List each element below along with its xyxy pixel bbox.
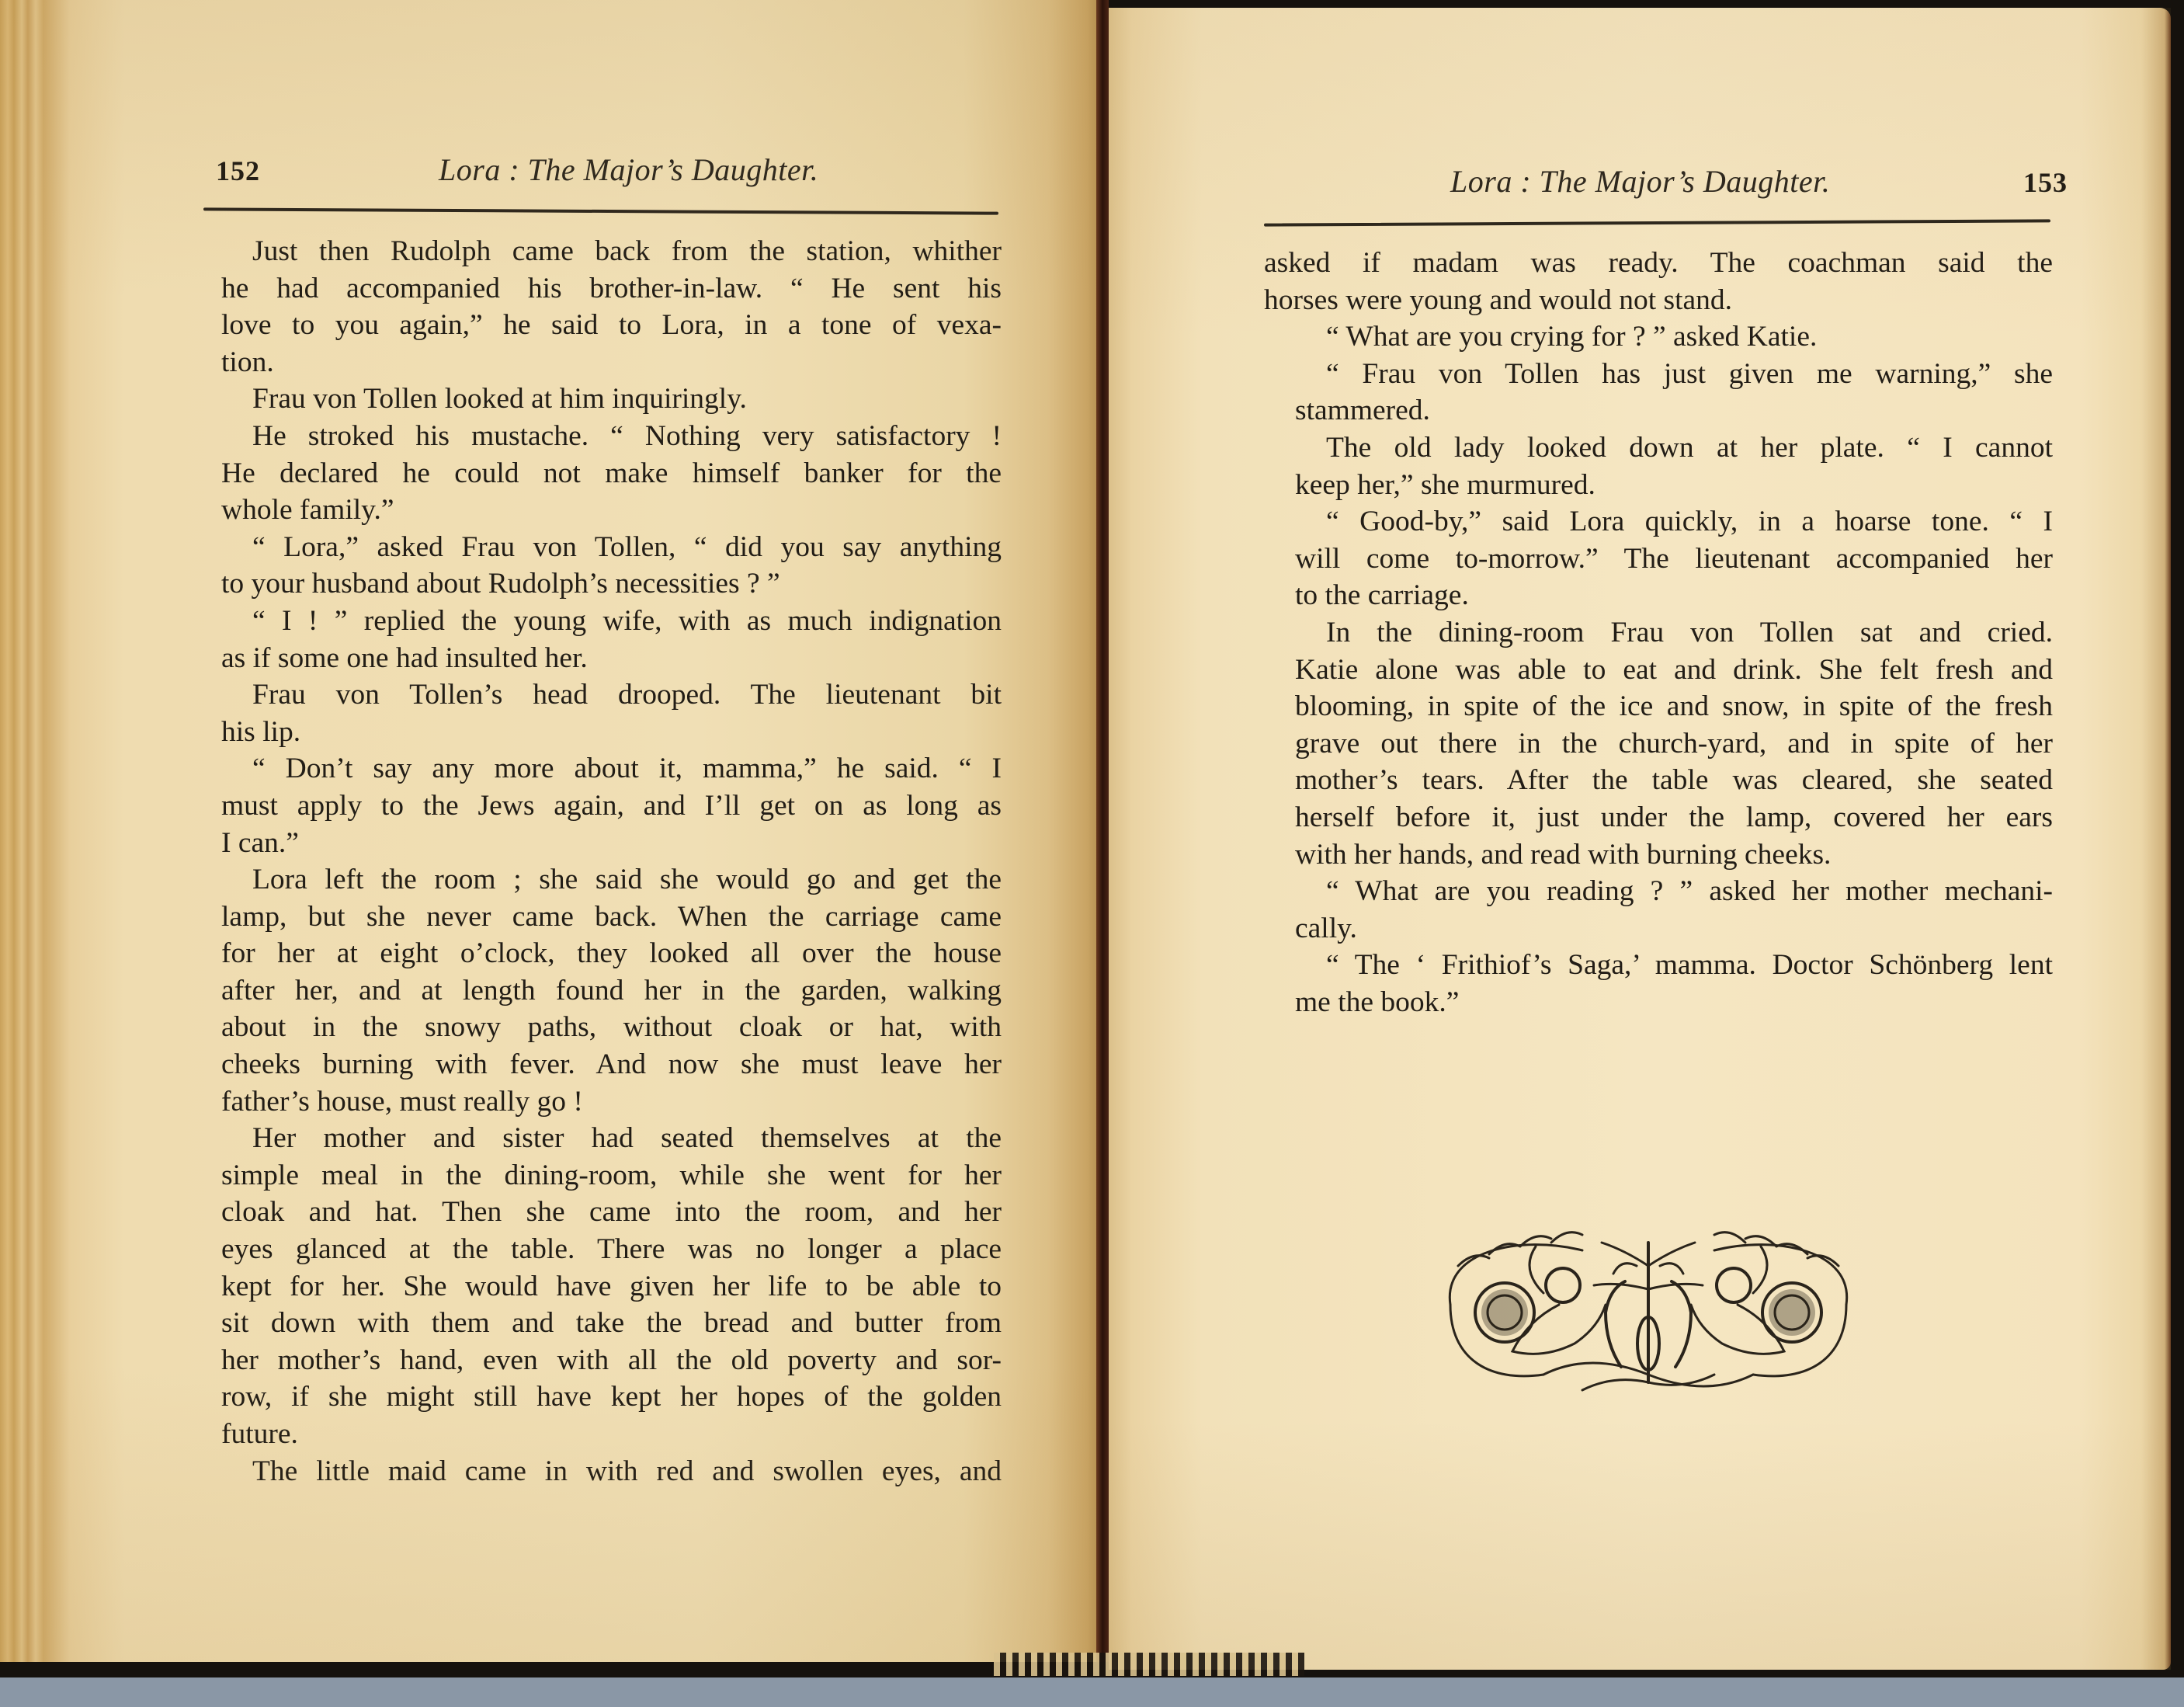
paragraph: The little maid came in with red and swo… — [190, 1453, 1002, 1490]
paragraph: asked if madam was ready. The coachman s… — [1264, 245, 2053, 318]
header-rule — [203, 207, 998, 214]
paragraph: In the dining-room Frau von Tollen sat a… — [1264, 614, 2053, 873]
paragraph: “ Don’t say any more about it, mamma,” h… — [190, 750, 1002, 861]
paragraph: Frau von Tollen’s head drooped. The lieu… — [190, 676, 1002, 750]
ornament-icon — [1427, 1219, 1870, 1406]
body-text-right: asked if madam was ready. The coachman s… — [1264, 245, 2053, 1020]
open-book: 152 Lora : The Major’s Daughter. Just th… — [0, 0, 2184, 1677]
paragraph: Lora left the room ; she said she would … — [190, 861, 1002, 1120]
paragraph: “ What are you crying for ? ” asked Kati… — [1264, 318, 2053, 356]
running-title: Lora : The Major’s Daughter. — [1450, 163, 1830, 200]
paragraph: Her mother and sister had seated themsel… — [190, 1120, 1002, 1452]
paragraph: He stroked his mustache. “ Nothing very … — [190, 418, 1002, 529]
left-page: 152 Lora : The Major’s Daughter. Just th… — [0, 0, 1106, 1662]
book-gutter — [1096, 0, 1109, 1662]
paragraph: Just then Rudolph came back from the sta… — [190, 233, 1002, 381]
paragraph: “ Good-by,” said Lora quickly, in a hoar… — [1264, 503, 2053, 614]
paragraph: “ Lora,” asked Frau von Tollen, “ did yo… — [190, 529, 1002, 603]
page-edges — [994, 1653, 1304, 1676]
running-head-right: Lora : The Major’s Daughter. 153 — [1279, 163, 2068, 210]
paragraph: The old lady looked down at her plate. “… — [1264, 429, 2053, 503]
header-rule — [1264, 219, 2050, 226]
page-number: 152 — [216, 155, 260, 187]
right-page: Lora : The Major’s Daughter. 153 asked i… — [1109, 8, 2171, 1670]
paragraph: “ Frau von Tollen has just given me warn… — [1264, 356, 2053, 429]
paragraph: “ The ‘ Frithiof’s Saga,’ mamma. Doctor … — [1264, 947, 2053, 1020]
body-text-left: Just then Rudolph came back from the sta… — [190, 233, 1002, 1490]
paragraph: “ What are you reading ? ” asked her mot… — [1264, 873, 2053, 947]
running-title: Lora : The Major’s Daughter. — [439, 151, 818, 188]
running-head-left: 152 Lora : The Major’s Daughter. — [216, 151, 1002, 198]
paragraph: Frau von Tollen looked at him inquiringl… — [190, 381, 1002, 418]
page-number: 153 — [2023, 166, 2068, 199]
paragraph: “ I ! ” replied the young wife, with as … — [190, 603, 1002, 676]
